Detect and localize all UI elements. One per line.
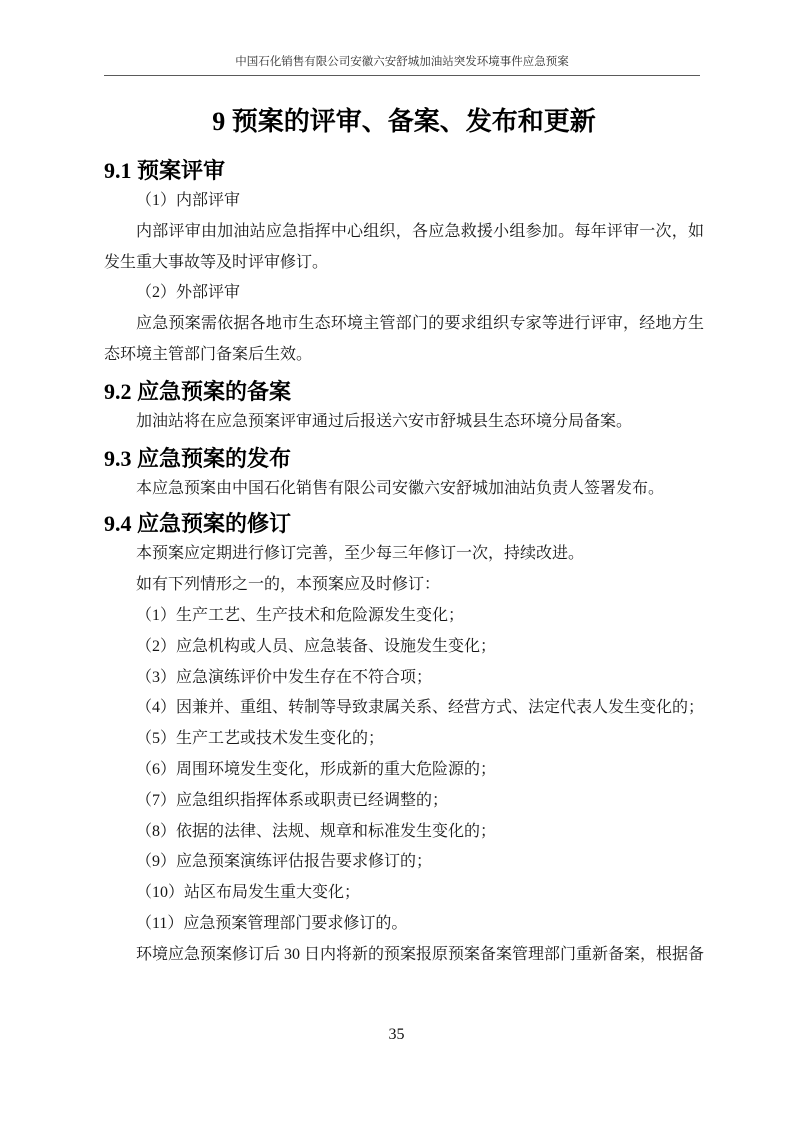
page-content: 9 预案的评审、备案、发布和更新 9.1 预案评审 （1）内部评审 内部评审由加…	[104, 0, 704, 971]
list-item: （6）周围环境发生变化，形成新的重大危险源的；	[104, 755, 704, 786]
section-heading-9-1: 9.1 预案评审	[104, 156, 704, 186]
list-item: （5）生产工艺或技术发生变化的；	[104, 724, 704, 755]
paragraph: 如有下列情形之一的，本预案应及时修订：	[104, 570, 704, 601]
paragraph: 应急预案需依据各地市生态环境主管部门的要求组织专家等进行评审，经地方生态环境主管…	[104, 309, 704, 371]
paragraph: 内部评审由加油站应急指挥中心组织，各应急救援小组参加。每年评审一次，如发生重大事…	[104, 217, 704, 279]
document-page: 中国石化销售有限公司安徽六安舒城加油站突发环境事件应急预案 9 预案的评审、备案…	[0, 0, 793, 1122]
paragraph: 本应急预案由中国石化销售有限公司安徽六安舒城加油站负责人签署发布。	[104, 474, 704, 505]
paragraph: 加油站将在应急预案评审通过后报送六安市舒城县生态环境分局备案。	[104, 407, 704, 438]
page-number: 35	[0, 1026, 793, 1044]
list-item: （3）应急演练评价中发生存在不符合项；	[104, 663, 704, 694]
list-item: （10）站区布局发生重大变化；	[104, 878, 704, 909]
paragraph: 本预案应定期进行修订完善，至少每三年修订一次，持续改进。	[104, 539, 704, 570]
list-item: （1）生产工艺、生产技术和危险源发生变化；	[104, 601, 704, 632]
list-item: （11）应急预案管理部门要求修订的。	[104, 909, 704, 940]
list-item: （9）应急预案演练评估报告要求修订的；	[104, 847, 704, 878]
paragraph: （2）外部评审	[104, 278, 704, 309]
paragraph: 环境应急预案修订后 30 日内将新的预案报原预案备案管理部门重新备案，根据备	[104, 940, 704, 971]
section-heading-9-2: 9.2 应急预案的备案	[104, 377, 704, 407]
list-item: （4）因兼并、重组、转制等导致隶属关系、经营方式、法定代表人发生变化的；	[104, 693, 704, 724]
list-item: （7）应急组织指挥体系或职责已经调整的；	[104, 786, 704, 817]
chapter-title: 9 预案的评审、备案、发布和更新	[104, 102, 704, 142]
list-item: （8）依据的法律、法规、规章和标准发生变化的；	[104, 817, 704, 848]
paragraph: （1）内部评审	[104, 186, 704, 217]
section-heading-9-4: 9.4 应急预案的修订	[104, 509, 704, 539]
section-heading-9-3: 9.3 应急预案的发布	[104, 444, 704, 474]
list-item: （2）应急机构或人员、应急装备、设施发生变化；	[104, 632, 704, 663]
